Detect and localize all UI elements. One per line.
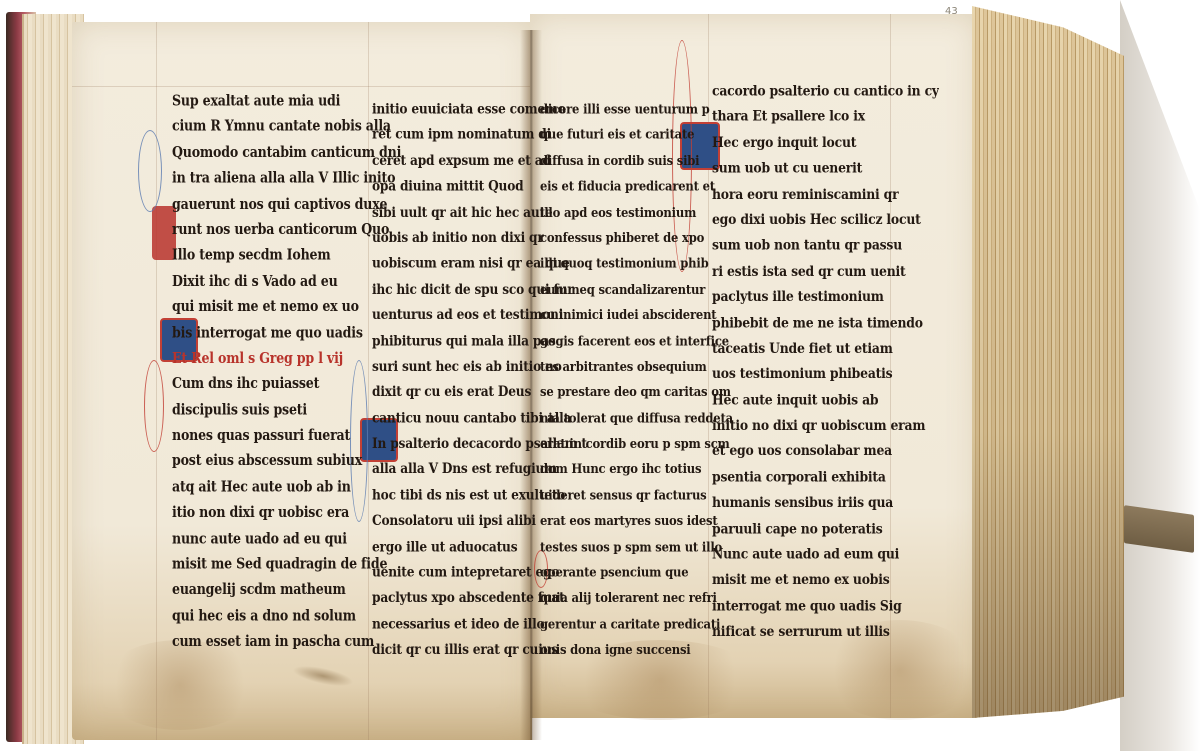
text-line: eum neq scandalizarentur	[540, 276, 733, 302]
text-line: taceatis Unde fiet ut etiam	[712, 335, 939, 361]
text-line: Hec ergo inquit locut	[712, 129, 939, 155]
text-line: nunc aute uado ad eu qui	[172, 526, 401, 552]
text-line: post eius abscessum subiux	[172, 448, 401, 474]
text-line: itio non dixi qr uobisc era	[172, 500, 401, 526]
text-line: erat in cordib eoru p spm scm	[540, 431, 733, 457]
manuscript-photo: 43 Sup exaltat aute mia udi cium R Ymnu …	[0, 0, 1200, 751]
blue-flourish	[138, 130, 162, 212]
text-line: gogis facerent eos et interfice	[540, 328, 733, 354]
text-line: thara Et psallere lco ix	[712, 104, 939, 130]
text-line: et ego uos consolabar mea	[712, 438, 939, 464]
text-line: nificat se serrurum ut illis	[712, 619, 939, 645]
text-line: Sup exaltat aute mia udi	[172, 88, 401, 114]
text-line: atq ait Hec aute uob ab in	[172, 474, 401, 500]
text-line: uideret sensus qr facturus	[540, 482, 733, 508]
text-line: ri estis ista sed qr cum uenit	[712, 258, 939, 284]
text-line: bis interrogat me quo uadis	[172, 320, 401, 346]
text-line: que futuri eis et caritate	[540, 122, 733, 148]
text-line: Quomodo cantabim canticum dni	[172, 139, 401, 165]
text-line: humanis sensibus iriis qua	[712, 490, 939, 516]
text-line: paclytus ille testimonium	[712, 284, 939, 310]
text-line: Nunc aute uado ad eum qui	[712, 541, 939, 567]
text-line: se prestare deo qm caritas om	[540, 379, 733, 405]
text-line: dom Hunc ergo ihc totius	[540, 456, 733, 482]
text-line: cacordo psalterio cu cantico in cy	[712, 78, 939, 104]
text-line: gauerunt nos qui captivos duxe	[172, 191, 401, 217]
text-line: qui hec eis a dno nd solum	[172, 603, 401, 629]
text-line: misit me Sed quadragin de fide	[172, 551, 401, 577]
text-line: dicere illi esse uenturum p	[540, 96, 733, 122]
text-line: hora eoru reminiscamini qr	[712, 181, 939, 207]
text-line: in tra aliena alla alla V Illic inito	[172, 165, 401, 191]
rubric-line: Et Rel oml s Greg pp l vij	[172, 345, 401, 371]
text-line: cu inimici iudei absciderent	[540, 302, 733, 328]
red-flourish	[144, 360, 164, 452]
text-line: eis et fiducia predicarent et	[540, 173, 733, 199]
text-line: paruuli cape no poteratis	[712, 516, 939, 542]
text-line: qui misit me et nemo ex uo	[172, 294, 401, 320]
text-line: illi quoq testimonium phib	[540, 250, 733, 276]
text-line: psentia corporali exhibita	[712, 464, 939, 490]
text-line: nia tolerat que diffusa reddeta	[540, 405, 733, 431]
text-line: onis dona igne succensi	[540, 637, 733, 663]
text-line: sum uob ut cu uenerit	[712, 155, 939, 181]
text-line: Hec aute inquit uobis ab	[712, 387, 939, 413]
text-line: Cum dns ihc puiasset	[172, 371, 401, 397]
text-line: cum esset iam in pascha cum	[172, 629, 401, 655]
right-page-column-2: cacordo psalterio cu cantico in cy thara…	[712, 78, 939, 644]
text-line: tes arbitrantes obsequium	[540, 353, 733, 379]
text-line: misit me et nemo ex uobis	[712, 567, 939, 593]
text-line: gerentur a caritate predicati	[540, 611, 733, 637]
right-page-column-1: dicere illi esse uenturum p que futuri e…	[540, 96, 733, 662]
text-line: cium R Ymnu cantate nobis alla	[172, 114, 401, 140]
text-line: confessus phiberet de xpo	[540, 225, 733, 251]
text-line: ego dixi uobis Hec scilicz locut	[712, 207, 939, 233]
page-stack-right	[972, 6, 1124, 718]
text-line: Illo temp secdm Iohem	[172, 242, 401, 268]
left-page-column-1: Sup exaltat aute mia udi cium R Ymnu can…	[172, 88, 401, 654]
text-line: testes suos p spm sem ut illo	[540, 534, 733, 560]
text-line: runt nos uerba canticorum Quo	[172, 217, 401, 243]
text-line: sum uob non tantu qr passu	[712, 232, 939, 258]
text-line: operante psencium que	[540, 559, 733, 585]
text-line: discipulis suis pseti	[172, 397, 401, 423]
text-line: diffusa in cordib suis sibi	[540, 147, 733, 173]
background-shadow	[1120, 0, 1200, 751]
ruling-line	[72, 86, 532, 87]
text-line: erat eos martyres suos idest	[540, 508, 733, 534]
text-line: phibebit de me ne ista timendo	[712, 310, 939, 336]
text-line: Dixit ihc di s Vado ad eu	[172, 268, 401, 294]
text-line: euangelij scdm matheum	[172, 577, 401, 603]
text-line: nones quas passuri fuerat	[172, 423, 401, 449]
text-line: interrogat me quo uadis Sig	[712, 593, 939, 619]
text-line: initio no dixi qr uobiscum eram	[712, 413, 939, 439]
folio-number: 43	[945, 6, 958, 17]
text-line: uos testimonium phibeatis	[712, 361, 939, 387]
text-line: illo apd eos testimonium	[540, 199, 733, 225]
text-line: quia alij tolerarent nec refri	[540, 585, 733, 611]
